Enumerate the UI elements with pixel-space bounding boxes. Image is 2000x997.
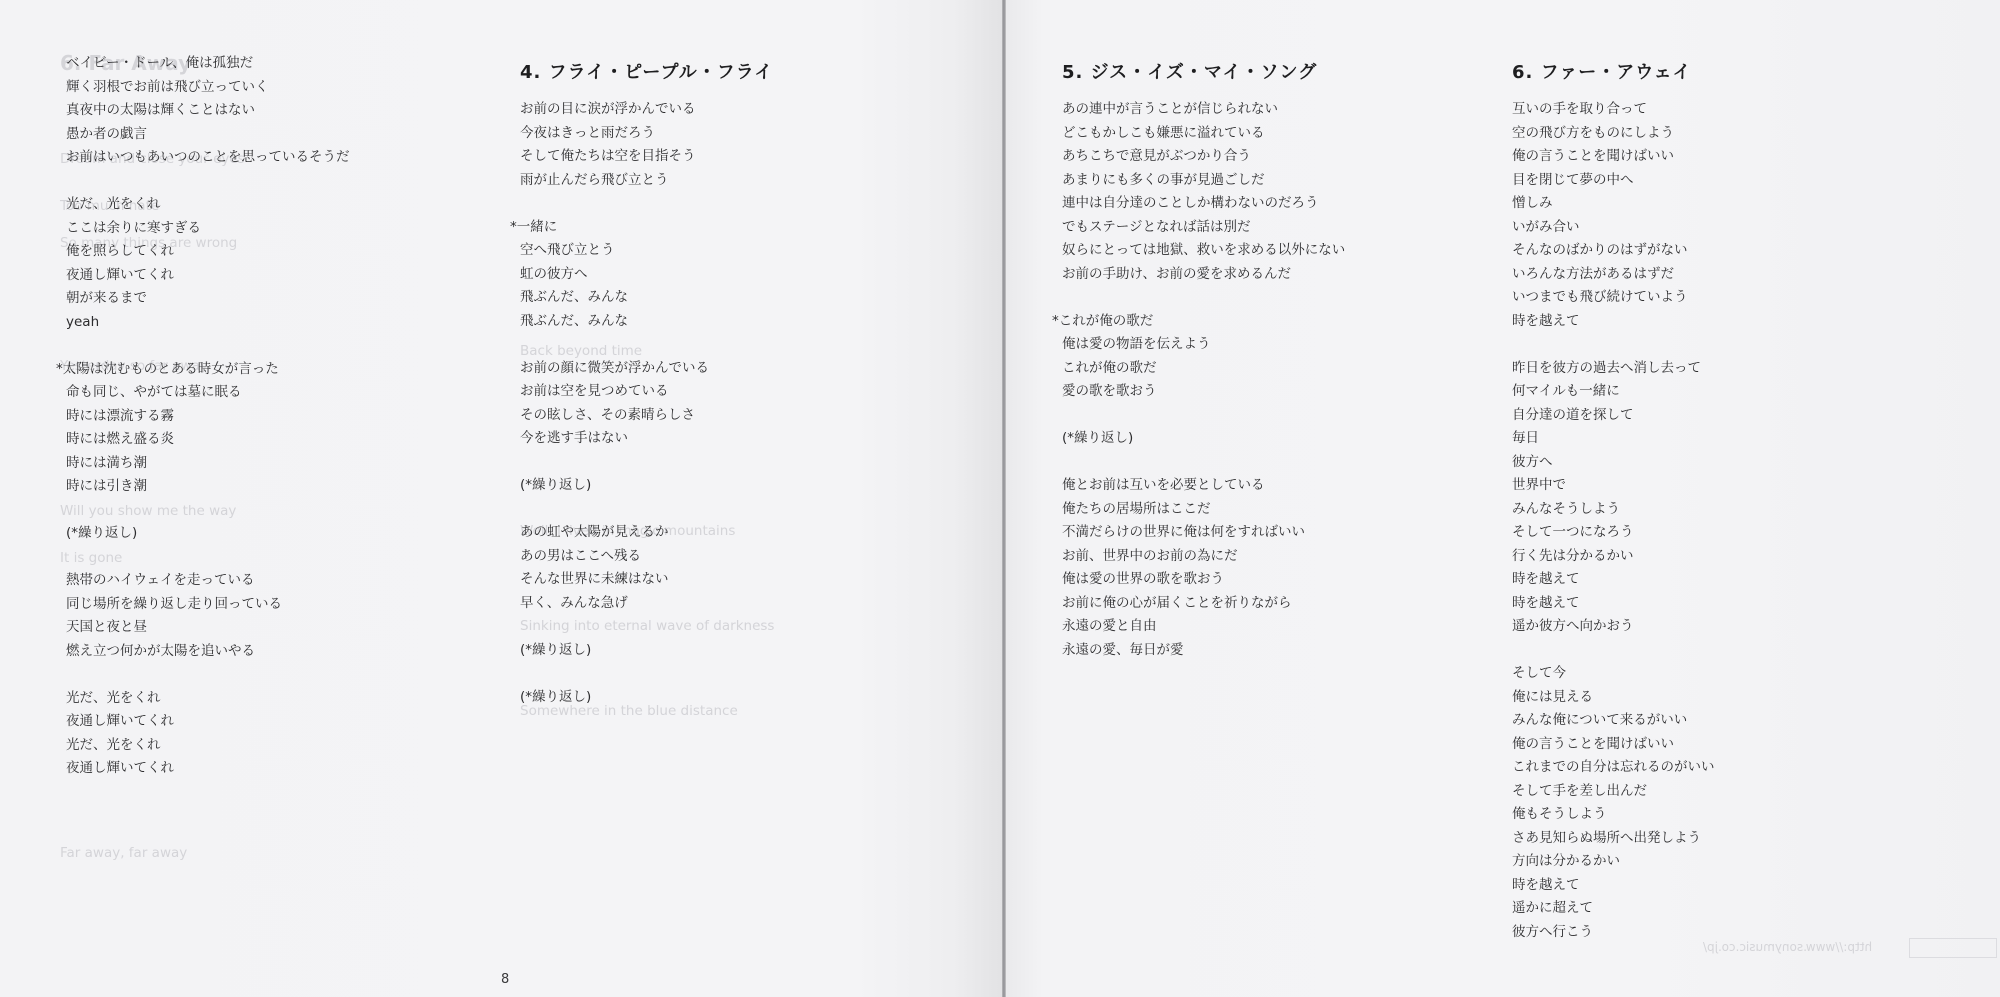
lyric-line: 俺を照らしてくれ xyxy=(66,240,350,264)
lyric-line: 俺には見える xyxy=(1512,686,1715,710)
lyrics-column-continuation: ベイビー・ドール、俺は孤独だ 輝く羽根でお前は飛び立っていく 真夜中の太陽は輝く… xyxy=(66,52,350,781)
song-title: 6. ファー・アウェイ xyxy=(1512,58,1692,84)
lyric-line: そして手を差し出んだ xyxy=(1512,780,1715,804)
lyric-line: いろんな方法があるはずだ xyxy=(1512,263,1715,287)
chorus-line: *太陽は沈むものとある時女が言った xyxy=(56,358,350,382)
lyric-line: お前に俺の心が届くことを祈りながら xyxy=(1062,592,1345,616)
lyric-line: 永遠の愛、毎日が愛 xyxy=(1062,639,1345,663)
stanza-break xyxy=(520,498,709,522)
stanza-break xyxy=(520,662,709,686)
lyric-line: いがみ合い xyxy=(1512,216,1715,240)
lyric-line: そして一つになろう xyxy=(1512,521,1715,545)
lyric-line: その眩しさ、その素晴らしさ xyxy=(520,404,709,428)
lyric-line: お前は空を見つめている xyxy=(520,380,709,404)
lyric-line: 光だ、光をくれ xyxy=(66,193,350,217)
repeat-marker: (*繰り返し) xyxy=(520,686,709,710)
lyric-line: そして今 xyxy=(1512,662,1715,686)
lyric-line: 時には引き潮 xyxy=(66,475,350,499)
lyric-line: 互いの手を取り合って xyxy=(1512,98,1715,122)
lyric-line: 光だ、光をくれ xyxy=(66,687,350,711)
lyric-line: 夜通し輝いてくれ xyxy=(66,710,350,734)
lyric-line: 時を越えて xyxy=(1512,592,1715,616)
lyric-line: そして俺たちは空を目指そう xyxy=(520,145,709,169)
lyric-line: 目を閉じて夢の中へ xyxy=(1512,169,1715,193)
lyric-line: 時には燃え盛る炎 xyxy=(66,428,350,452)
lyric-line: あの連中が言うことが信じられない xyxy=(1062,98,1345,122)
lyrics-column-far-away: 互いの手を取り合って 空の飛び方をものにしよう 俺の言うことを聞けばいい 目を閉… xyxy=(1512,98,1715,944)
repeat-marker: (*繰り返し) xyxy=(520,639,709,663)
lyric-line: いつまでも飛び続けていよう xyxy=(1512,286,1715,310)
song-title: 5. ジス・イズ・マイ・ソング xyxy=(1062,58,1317,84)
lyric-line: 遥かに超えて xyxy=(1512,897,1715,921)
lyric-line: お前の手助け、お前の愛を求めるんだ xyxy=(1062,263,1345,287)
lyric-line: 早く、みんな急げ xyxy=(520,592,709,616)
lyric-line: お前、世界中のお前の為にだ xyxy=(1062,545,1345,569)
lyric-line: 空へ飛び立とう xyxy=(520,239,709,263)
lyric-line: 真夜中の太陽は輝くことはない xyxy=(66,99,350,123)
lyric-line: 永遠の愛と自由 xyxy=(1062,615,1345,639)
lyric-line: 彼方へ行こう xyxy=(1512,921,1715,945)
lyric-line: そんなのばかりのはずがない xyxy=(1512,239,1715,263)
stanza-break xyxy=(66,170,350,194)
lyric-line: 天国と夜と昼 xyxy=(66,616,350,640)
lyric-line: 朝が来るまで xyxy=(66,287,350,311)
lyric-line: 同じ場所を繰り返し走り回っている xyxy=(66,593,350,617)
stanza-break xyxy=(520,615,709,639)
stanza-break xyxy=(520,333,709,357)
chorus-line: *一緒に xyxy=(510,216,709,240)
lyric-line: お前の顔に微笑が浮かんでいる xyxy=(520,357,709,381)
lyric-line: 愛の歌を歌おう xyxy=(1062,380,1345,404)
lyrics-column-fly-people-fly: お前の目に涙が浮かんでいる 今夜はきっと雨だろう そして俺たちは空を目指そう 雨… xyxy=(520,98,709,709)
lyric-line: 何マイルも一緒に xyxy=(1512,380,1715,404)
lyric-line: 時を越えて xyxy=(1512,310,1715,334)
lyric-line: 今を逃す手はない xyxy=(520,427,709,451)
lyric-line: 昨日を彼方の過去へ消し去って xyxy=(1512,357,1715,381)
lyric-line: 虹の彼方へ xyxy=(520,263,709,287)
bleed-through-line: Far away, far away xyxy=(60,842,187,866)
lyric-line: 輝く羽根でお前は飛び立っていく xyxy=(66,76,350,100)
lyric-line: 雨が止んだら飛び立とう xyxy=(520,169,709,193)
lyric-line: 奴らにとっては地獄、救いを求める以外にない xyxy=(1062,239,1345,263)
left-page: 6. Far Away Dream and close your eyes To… xyxy=(0,0,1003,997)
lyric-line: 飛ぶんだ、みんな xyxy=(520,310,709,334)
lyric-line: 時には漂流する霧 xyxy=(66,405,350,429)
lyric-line: 命も同じ、やがては墓に眠る xyxy=(66,381,350,405)
lyric-line: 連中は自分達のことしか構わないのだろう xyxy=(1062,192,1345,216)
lyric-line: 今夜はきっと雨だろう xyxy=(520,122,709,146)
lyric-line: 方向は分かるかい xyxy=(1512,850,1715,874)
lyric-line: 燃え立つ何かが太陽を追いやる xyxy=(66,640,350,664)
lyric-line: 夜通し輝いてくれ xyxy=(66,757,350,781)
stanza-break xyxy=(1512,639,1715,663)
lyric-line: 不満だらけの世界に俺は何をすればいい xyxy=(1062,521,1345,545)
lyric-line: お前の目に涙が浮かんでいる xyxy=(520,98,709,122)
stanza-break xyxy=(66,663,350,687)
lyric-line: 毎日 xyxy=(1512,427,1715,451)
repeat-marker: (*繰り返し) xyxy=(520,474,709,498)
lyric-line: ここは余りに寒すぎる xyxy=(66,217,350,241)
lyric-line: これまでの自分は忘れるのがいい xyxy=(1512,756,1715,780)
stanza-break xyxy=(1062,286,1345,310)
stanza-break xyxy=(1512,333,1715,357)
stanza-break xyxy=(66,546,350,570)
lyric-line: あの男はここへ残る xyxy=(520,545,709,569)
lyric-line: さあ見知らぬ場所へ出発しよう xyxy=(1512,827,1715,851)
lyric-line: お前はいつもあいつのことを思っているそうだ xyxy=(66,146,350,170)
repeat-marker: (*繰り返し) xyxy=(66,522,350,546)
lyric-line: 時を越えて xyxy=(1512,568,1715,592)
right-page: http://www.sonymusic.co.jp/ 5. ジス・イズ・マイ・… xyxy=(1003,0,2000,997)
lyric-line: 俺は愛の物語を伝えよう xyxy=(1062,333,1345,357)
lyric-line: あの虹や太陽が見えるか xyxy=(520,521,709,545)
lyric-line: 憎しみ xyxy=(1512,192,1715,216)
lyric-line: みんなそうしよう xyxy=(1512,498,1715,522)
bleed-through-box xyxy=(1909,938,1997,958)
lyric-line: 行く先は分かるかい xyxy=(1512,545,1715,569)
lyric-line: 俺の言うことを聞けばいい xyxy=(1512,733,1715,757)
stanza-break xyxy=(1062,404,1345,428)
lyric-line: 愚か者の戯言 xyxy=(66,123,350,147)
lyric-line: 彼方へ xyxy=(1512,451,1715,475)
lyric-line: 俺の言うことを聞けばいい xyxy=(1512,145,1715,169)
lyric-line: yeah xyxy=(66,311,350,335)
stanza-break xyxy=(520,192,709,216)
repeat-marker: (*繰り返し) xyxy=(1062,427,1345,451)
lyric-line: そんな世界に未練はない xyxy=(520,568,709,592)
lyric-line: 俺たちの居場所はここだ xyxy=(1062,498,1345,522)
stanza-break xyxy=(66,334,350,358)
bleed-through-url: http://www.sonymusic.co.jp/ xyxy=(1703,936,1872,960)
booklet-fold xyxy=(1002,0,1006,997)
lyric-line: あちこちで意見がぶつかり合う xyxy=(1062,145,1345,169)
lyric-line: 俺は愛の世界の歌を歌おう xyxy=(1062,568,1345,592)
lyric-line: あまりにも多くの事が見過ごしだ xyxy=(1062,169,1345,193)
lyric-line: どこもかしこも嫌悪に溢れている xyxy=(1062,122,1345,146)
lyric-line: 遥か彼方へ向かおう xyxy=(1512,615,1715,639)
chorus-line: *これが俺の歌だ xyxy=(1052,310,1345,334)
lyric-line: みんな俺について来るがいい xyxy=(1512,709,1715,733)
lyric-line: 俺とお前は互いを必要としている xyxy=(1062,474,1345,498)
page-number: 8 xyxy=(501,972,509,987)
lyric-line: ベイビー・ドール、俺は孤独だ xyxy=(66,52,350,76)
lyric-line: 熱帯のハイウェイを走っている xyxy=(66,569,350,593)
lyric-line: でもステージとなれば話は別だ xyxy=(1062,216,1345,240)
lyric-line: これが俺の歌だ xyxy=(1062,357,1345,381)
lyric-line: 時を越えて xyxy=(1512,874,1715,898)
lyric-line: 俺もそうしよう xyxy=(1512,803,1715,827)
booklet-spread: 6. Far Away Dream and close your eyes To… xyxy=(0,0,2000,997)
lyric-line: 時には満ち潮 xyxy=(66,452,350,476)
lyric-line: 飛ぶんだ、みんな xyxy=(520,286,709,310)
stanza-break xyxy=(520,451,709,475)
stanza-break xyxy=(66,499,350,523)
lyric-line: 光だ、光をくれ xyxy=(66,734,350,758)
stanza-break xyxy=(1062,451,1345,475)
song-title: 4. フライ・ピープル・フライ xyxy=(520,58,773,84)
lyric-line: 世界中で xyxy=(1512,474,1715,498)
lyrics-column-this-is-my-song: あの連中が言うことが信じられない どこもかしこも嫌悪に溢れている あちこちで意見… xyxy=(1062,98,1345,662)
lyric-line: 空の飛び方をものにしよう xyxy=(1512,122,1715,146)
lyric-line: 自分達の道を探して xyxy=(1512,404,1715,428)
lyric-line: 夜通し輝いてくれ xyxy=(66,264,350,288)
